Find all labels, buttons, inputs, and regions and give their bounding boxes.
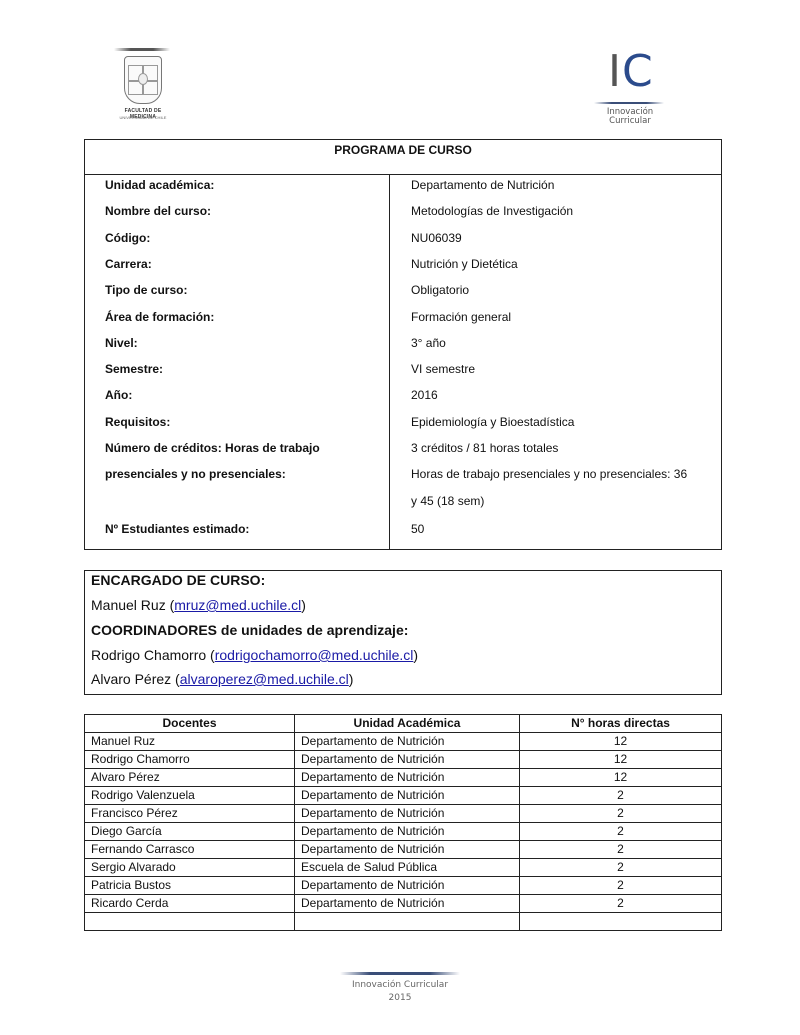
docente-unidad: Departamento de Nutrición bbox=[295, 895, 520, 913]
docente-name: Alvaro Pérez bbox=[85, 769, 295, 787]
program-title: PROGRAMA DE CURSO bbox=[85, 140, 721, 175]
program-row-value: Formación general bbox=[411, 310, 511, 324]
docente-unidad: Departamento de Nutrición bbox=[295, 733, 520, 751]
program-row: Requisitos:Epidemiología y Bioestadístic… bbox=[85, 415, 721, 441]
program-row-label: Nombre del curso: bbox=[105, 204, 211, 218]
program-row-label: Nivel: bbox=[105, 336, 138, 350]
docente-row: Francisco PérezDepartamento de Nutrición… bbox=[85, 805, 722, 823]
docente-name: Manuel Ruz bbox=[85, 733, 295, 751]
program-row-value: Nutrición y Dietética bbox=[411, 257, 518, 271]
encargado-name: Manuel Ruz bbox=[91, 597, 166, 613]
coordinador-name: Rodrigo Chamorro bbox=[91, 647, 206, 663]
program-row-value: 50 bbox=[411, 522, 424, 536]
logo-text-line2: Curricular bbox=[594, 117, 666, 126]
coordinador-line: Alvaro Pérez (alvaroperez@med.uchile.cl) bbox=[91, 671, 353, 687]
header-horas-directas: N° horas directas bbox=[520, 715, 722, 733]
program-row-value: 3° año bbox=[411, 336, 446, 350]
program-row-label: Año: bbox=[105, 388, 132, 402]
docente-row bbox=[85, 913, 722, 931]
program-row-label: Tipo de curso: bbox=[105, 283, 187, 297]
docentes-body: Manuel RuzDepartamento de Nutrición12Rod… bbox=[85, 733, 722, 931]
docente-unidad: Departamento de Nutrición bbox=[295, 787, 520, 805]
program-row: Semestre:VI semestre bbox=[85, 362, 721, 388]
program-row: Área de formación:Formación general bbox=[85, 310, 721, 336]
program-row: Nombre del curso:Metodologías de Investi… bbox=[85, 204, 721, 230]
docente-horas: 2 bbox=[520, 859, 722, 877]
docente-unidad: Departamento de Nutrición bbox=[295, 841, 520, 859]
docente-row: Alvaro PérezDepartamento de Nutrición12 bbox=[85, 769, 722, 787]
docente-name: Sergio Alvarado bbox=[85, 859, 295, 877]
program-row-label: Código: bbox=[105, 231, 150, 245]
docente-name: Ricardo Cerda bbox=[85, 895, 295, 913]
logo-text: Innovación Curricular bbox=[594, 108, 666, 126]
program-table: PROGRAMA DE CURSO Unidad académica:Depar… bbox=[84, 139, 722, 550]
docente-row: Manuel RuzDepartamento de Nutrición12 bbox=[85, 733, 722, 751]
program-row-value: Epidemiología y Bioestadística bbox=[411, 415, 574, 429]
docente-unidad: Escuela de Salud Pública bbox=[295, 859, 520, 877]
coordinador-name: Alvaro Pérez bbox=[91, 671, 171, 687]
docente-unidad: Departamento de Nutrición bbox=[295, 751, 520, 769]
coordinador-line: Rodrigo Chamorro (rodrigochamorro@med.uc… bbox=[91, 647, 418, 663]
program-row-value: Metodologías de Investigación bbox=[411, 204, 573, 218]
shield-crest-icon bbox=[124, 56, 162, 104]
docente-row: Rodrigo ValenzuelaDepartamento de Nutric… bbox=[85, 787, 722, 805]
logo-university-text: UNIVERSIDAD DE CHILE bbox=[112, 115, 174, 120]
docente-name: Rodrigo Chamorro bbox=[85, 751, 295, 769]
docente-row: Ricardo CerdaDepartamento de Nutrición2 bbox=[85, 895, 722, 913]
docente-unidad: Departamento de Nutrición bbox=[295, 769, 520, 787]
program-row-label: Nº Estudiantes estimado: bbox=[105, 522, 249, 536]
docente-name: Fernando Carrasco bbox=[85, 841, 295, 859]
docente-row: Diego GarcíaDepartamento de Nutrición2 bbox=[85, 823, 722, 841]
docente-horas: 2 bbox=[520, 841, 722, 859]
docente-row: Fernando CarrascoDepartamento de Nutrici… bbox=[85, 841, 722, 859]
encargado-line: Manuel Ruz (mruz@med.uchile.cl) bbox=[91, 597, 306, 613]
footer-logo: Innovación Curricular 2015 bbox=[340, 972, 460, 1012]
program-row-label: Semestre: bbox=[105, 362, 163, 376]
program-row-value: Obligatorio bbox=[411, 283, 469, 297]
docente-name: Francisco Pérez bbox=[85, 805, 295, 823]
docente-horas: 12 bbox=[520, 733, 722, 751]
docente-name bbox=[85, 913, 295, 931]
docentes-header-row: Docentes Unidad Académica N° horas direc… bbox=[85, 715, 722, 733]
docente-row: Rodrigo ChamorroDepartamento de Nutrició… bbox=[85, 751, 722, 769]
program-row: presenciales y no presenciales:Horas de … bbox=[85, 467, 721, 493]
program-row-label: presenciales y no presenciales: bbox=[105, 467, 286, 481]
program-row: Tipo de curso:Obligatorio bbox=[85, 283, 721, 309]
docente-name: Patricia Bustos bbox=[85, 877, 295, 895]
docente-unidad: Departamento de Nutrición bbox=[295, 823, 520, 841]
program-row-label: Número de créditos: Horas de trabajo bbox=[105, 441, 320, 455]
program-row-value: y 45 (18 sem) bbox=[411, 494, 484, 508]
program-row-label: Área de formación: bbox=[105, 310, 214, 324]
coordinador-email-link[interactable]: rodrigochamorro@med.uchile.cl bbox=[215, 647, 414, 663]
docente-unidad: Departamento de Nutrición bbox=[295, 877, 520, 895]
program-row: Unidad académica:Departamento de Nutrici… bbox=[85, 178, 721, 204]
footer-logo-year: 2015 bbox=[340, 993, 460, 1003]
encargado-heading: ENCARGADO DE CURSO: bbox=[91, 572, 265, 588]
logo-rule bbox=[594, 102, 664, 104]
coordinadores-heading: COORDINADORES de unidades de aprendizaje… bbox=[91, 622, 408, 638]
program-row: Nº Estudiantes estimado:50 bbox=[85, 522, 721, 548]
program-row: Año:2016 bbox=[85, 388, 721, 414]
program-row-value: 3 créditos / 81 horas totales bbox=[411, 441, 558, 455]
facultad-medicina-logo: FACULTAD DE MEDICINA UNIVERSIDAD DE CHIL… bbox=[112, 46, 174, 134]
docente-horas: 12 bbox=[520, 751, 722, 769]
docente-horas: 2 bbox=[520, 895, 722, 913]
program-row: Número de créditos: Horas de trabajo3 cr… bbox=[85, 441, 721, 467]
program-row: Código:NU06039 bbox=[85, 231, 721, 257]
docente-row: Sergio AlvaradoEscuela de Salud Pública2 bbox=[85, 859, 722, 877]
innovacion-curricular-logo: IC Innovación Curricular bbox=[594, 50, 666, 132]
docente-unidad: Departamento de Nutrición bbox=[295, 805, 520, 823]
docente-name: Diego García bbox=[85, 823, 295, 841]
encargado-email-link[interactable]: mruz@med.uchile.cl bbox=[174, 597, 301, 613]
header-unidad-academica: Unidad Académica bbox=[295, 715, 520, 733]
docentes-table: Docentes Unidad Académica N° horas direc… bbox=[84, 714, 722, 931]
program-row-label: Carrera: bbox=[105, 257, 152, 271]
program-row-label: Unidad académica: bbox=[105, 178, 214, 192]
program-row-value: NU06039 bbox=[411, 231, 462, 245]
docente-row: Patricia BustosDepartamento de Nutrición… bbox=[85, 877, 722, 895]
coordinador-email-link[interactable]: alvaroperez@med.uchile.cl bbox=[180, 671, 349, 687]
footer-rule bbox=[340, 972, 460, 975]
docente-horas: 2 bbox=[520, 787, 722, 805]
ic-mark-c: C bbox=[622, 46, 654, 97]
program-row-value: Horas de trabajo presenciales y no prese… bbox=[411, 467, 687, 481]
docente-horas bbox=[520, 913, 722, 931]
ic-mark-i: I bbox=[608, 46, 622, 97]
ic-mark: IC bbox=[608, 50, 654, 94]
docente-horas: 2 bbox=[520, 805, 722, 823]
docente-horas: 2 bbox=[520, 877, 722, 895]
program-row: y 45 (18 sem) bbox=[85, 494, 721, 520]
logo-rule bbox=[114, 48, 170, 51]
docente-horas: 12 bbox=[520, 769, 722, 787]
staff-box: ENCARGADO DE CURSO: Manuel Ruz (mruz@med… bbox=[84, 570, 722, 695]
docente-horas: 2 bbox=[520, 823, 722, 841]
header-docentes: Docentes bbox=[85, 715, 295, 733]
program-row-value: VI semestre bbox=[411, 362, 475, 376]
docente-unidad bbox=[295, 913, 520, 931]
docente-name: Rodrigo Valenzuela bbox=[85, 787, 295, 805]
program-row-value: 2016 bbox=[411, 388, 438, 402]
program-row-value: Departamento de Nutrición bbox=[411, 178, 554, 192]
program-row-label: Requisitos: bbox=[105, 415, 170, 429]
program-row: Nivel:3° año bbox=[85, 336, 721, 362]
program-row: Carrera:Nutrición y Dietética bbox=[85, 257, 721, 283]
footer-logo-text: Innovación Curricular bbox=[340, 980, 460, 990]
